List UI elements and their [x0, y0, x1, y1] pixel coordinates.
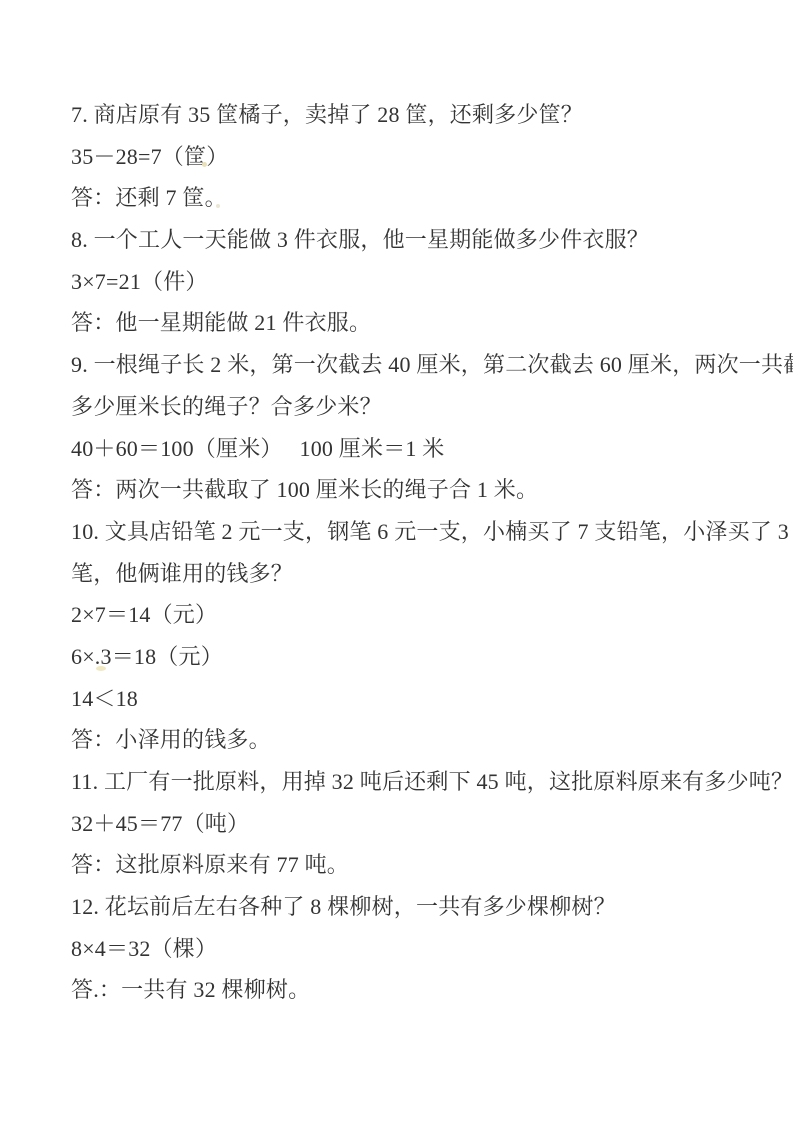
worksheet-page: 7. 商店原有 35 筐橘子，卖掉了 28 筐，还剩多少筐？ 35－28=7（筐…	[0, 0, 793, 1122]
problem-9: 9. 一根绳子长 2 米，第一次截去 40 厘米，第二次截去 60 厘米，两次一…	[71, 344, 753, 511]
problem-11: 11. 工厂有一批原料，用掉 32 吨后还剩下 45 吨，这批原料原来有多少吨？…	[71, 761, 753, 886]
problem-10-work-2: 6×.3＝18（元）	[71, 636, 753, 678]
problem-9-answer: 答：两次一共截取了 100 厘米长的绳子合 1 米。	[71, 469, 753, 511]
problem-10-work-3: 14＜18	[71, 678, 753, 720]
problem-7-question: 7. 商店原有 35 筐橘子，卖掉了 28 筐，还剩多少筐？	[71, 94, 753, 136]
problem-10-question-line-2: 笔，他俩谁用的钱多？	[71, 553, 753, 595]
problem-12-answer: 答.：一共有 32 棵柳树。	[71, 969, 753, 1011]
problem-11-question: 11. 工厂有一批原料，用掉 32 吨后还剩下 45 吨，这批原料原来有多少吨？	[71, 761, 753, 803]
problem-10-answer: 答：小泽用的钱多。	[71, 719, 753, 761]
problem-9-question-line-1: 9. 一根绳子长 2 米，第一次截去 40 厘米，第二次截去 60 厘米，两次一…	[71, 344, 753, 386]
problem-12-work: 8×4＝32（棵）	[71, 928, 753, 970]
problem-8-answer: 答：他一星期能做 21 件衣服。	[71, 302, 753, 344]
problem-12-question: 12. 花坛前后左右各种了 8 棵柳树，一共有多少棵柳树？	[71, 886, 753, 928]
problem-8-question: 8. 一个工人一天能做 3 件衣服，他一星期能做多少件衣服？	[71, 219, 753, 261]
problem-7-answer: 答：还剩 7 筐。	[71, 177, 753, 219]
problem-7: 7. 商店原有 35 筐橘子，卖掉了 28 筐，还剩多少筐？ 35－28=7（筐…	[71, 94, 753, 219]
problem-12: 12. 花坛前后左右各种了 8 棵柳树，一共有多少棵柳树？ 8×4＝32（棵） …	[71, 886, 753, 1011]
problem-11-answer: 答：这批原料原来有 77 吨。	[71, 844, 753, 886]
problem-9-work: 40＋60＝100（厘米） 100 厘米＝1 米	[71, 428, 753, 470]
problem-11-work: 32＋45＝77（吨）	[71, 803, 753, 845]
problem-10-work-1: 2×7＝14（元）	[71, 594, 753, 636]
problem-8: 8. 一个工人一天能做 3 件衣服，他一星期能做多少件衣服？ 3×7=21（件）…	[71, 219, 753, 344]
problem-7-work: 35－28=7（筐）	[71, 136, 753, 178]
worksheet-content: 7. 商店原有 35 筐橘子，卖掉了 28 筐，还剩多少筐？ 35－28=7（筐…	[71, 94, 753, 1011]
problem-9-question-line-2: 多少厘米长的绳子？合多少米？	[71, 386, 753, 428]
problem-10-question-line-1: 10. 文具店铅笔 2 元一支，钢笔 6 元一支，小楠买了 7 支铅笔，小泽买了…	[71, 511, 753, 553]
problem-8-work: 3×7=21（件）	[71, 261, 753, 303]
problem-10: 10. 文具店铅笔 2 元一支，钢笔 6 元一支，小楠买了 7 支铅笔，小泽买了…	[71, 511, 753, 761]
